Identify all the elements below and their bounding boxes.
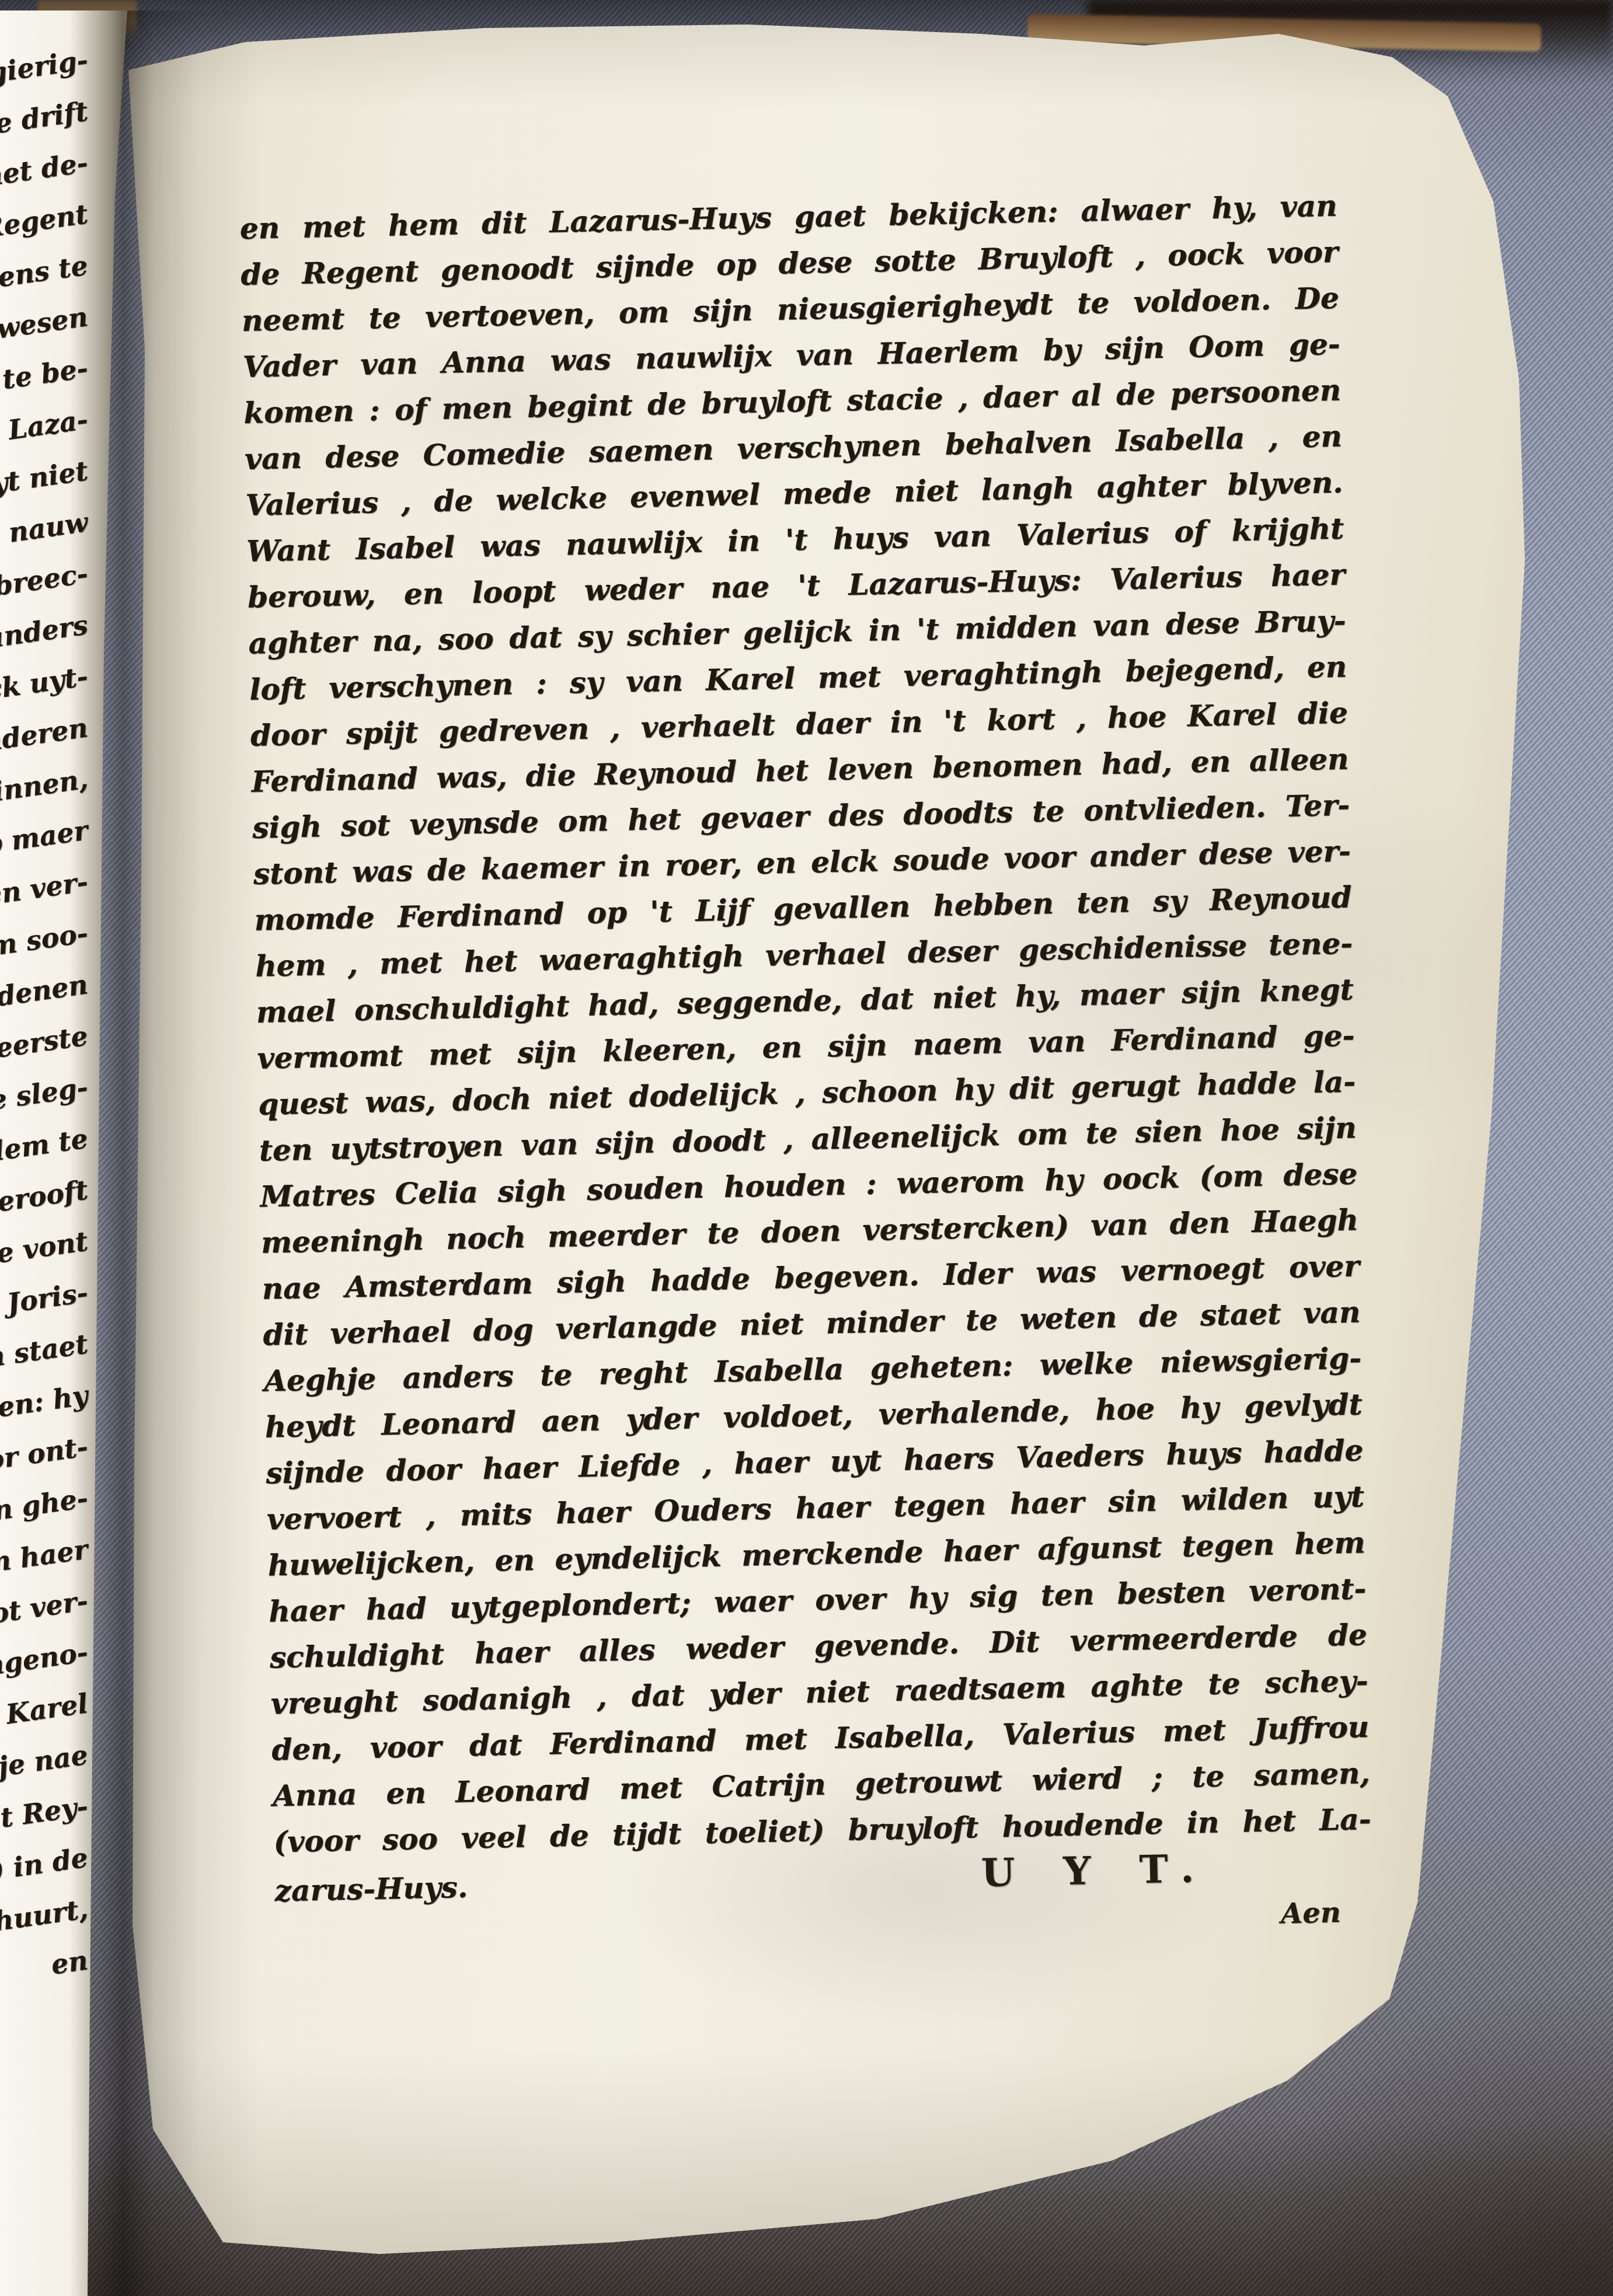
text-line: den, voor dat Ferdinand met Isabella, Va… bbox=[271, 1704, 1370, 1772]
book-board-corner bbox=[37, 0, 137, 41]
left-page-line-fragment: en ver- bbox=[0, 856, 91, 945]
catchword-row: Aen bbox=[275, 1896, 1373, 1951]
left-page-line-fragment: ck uyt- bbox=[0, 650, 91, 739]
fabric-bottom-right-shadow bbox=[1088, 1771, 1613, 2296]
left-page-line-fragment: redenen bbox=[0, 958, 91, 1048]
text-line: momde Ferdinand op 't Lijf gevallen hebb… bbox=[254, 874, 1352, 943]
book-pages-top-edge bbox=[1027, 14, 1542, 52]
book-page: en met hem dit Lazarus-Huys gaet bekijck… bbox=[76, 18, 1535, 2276]
fabric-bottom-shadow bbox=[0, 2121, 1613, 2296]
last-text-line: zarus-Huys. U Y T. bbox=[274, 1842, 1372, 1914]
left-page-line-fragment: e drift bbox=[0, 85, 91, 175]
left-page-line-fragment: Regent bbox=[0, 188, 91, 277]
left-page-line-fragment: eens te bbox=[0, 239, 91, 329]
left-page-line-fragment: rbreec- bbox=[0, 547, 91, 637]
left-page-line-fragment: sy Karel bbox=[0, 1677, 91, 1767]
text-line: Anna en Leonard met Catrijn getrouwt wie… bbox=[272, 1750, 1370, 1819]
text-line: haer had uytgeplondert; waer over hy sig… bbox=[269, 1565, 1367, 1634]
text-line: loft verschynen : sy van Karel met verag… bbox=[249, 643, 1347, 712]
catchword: Aen bbox=[1280, 1896, 1341, 1930]
text-line: sijnde door haer Liefde , haer uyt haers… bbox=[266, 1427, 1364, 1496]
text-line: aghter na, soo dat sy schier gelijck in … bbox=[248, 597, 1346, 666]
text-line: Vader van Anna was nauwlijx van Haerlem … bbox=[242, 321, 1340, 390]
text-line: mael onschuldight had, seggende, dat nie… bbox=[256, 966, 1354, 1035]
photo-of-book-page: { "colors": { "fabric_blue_gray": "#8d94… bbox=[0, 0, 1613, 2296]
left-page-line-fragment: met de- bbox=[0, 137, 91, 226]
left-page-line-fragment: tot ver- bbox=[0, 1575, 91, 1664]
finis-word: U Y T. bbox=[981, 1845, 1212, 1896]
text-line: en met hem dit Lazarus-Huys gaet bekijck… bbox=[239, 183, 1337, 252]
text-line: Matres Celia sigh souden houden : waerom… bbox=[260, 1150, 1358, 1219]
text-line: ten uytstroyen van sijn doodt , alleenel… bbox=[259, 1104, 1357, 1173]
text-line: vermomt met sijn kleeren, en sijn naem v… bbox=[257, 1012, 1355, 1081]
text-line: heydt Leonard aen yder voldoet, verhalen… bbox=[264, 1381, 1363, 1450]
gutter-crease-shadow bbox=[69, 11, 262, 2296]
previous-page-sliver: gierig-e driftmet de-Regenteens tewesene… bbox=[0, 11, 137, 2296]
previous-page-text-fragments: gierig-e driftmet de-Regenteens tewesene… bbox=[0, 34, 88, 1986]
text-line: Valerius , de welcke evenwel mede niet l… bbox=[245, 459, 1343, 528]
left-page-line-fragment: om haer bbox=[0, 1523, 91, 1613]
text-line: neemt te vertoeven, om sijn nieusgierigh… bbox=[241, 275, 1339, 344]
text-line: huwelijcken, en eyndelijck merckende hae… bbox=[267, 1519, 1365, 1588]
left-page-line-fragment: eten: hy bbox=[0, 1369, 91, 1458]
left-page-line-fragment: l te sleg- bbox=[0, 1061, 91, 1150]
left-page-line-fragment: kanders bbox=[0, 599, 91, 688]
text-line: Ferdinand was, die Reynoud het leven ben… bbox=[251, 735, 1349, 804]
left-page-line-fragment: erlem te bbox=[0, 1112, 91, 1202]
left-page-line-fragment: hem soo- bbox=[0, 907, 91, 996]
left-page-line-fragment: rd huurt, bbox=[0, 1883, 91, 1972]
left-page-line-fragment: en staet bbox=[0, 1318, 91, 1407]
left-page-line-fragment: t Joris- bbox=[0, 1266, 91, 1356]
left-page-line-fragment: en bbox=[0, 1934, 91, 2023]
main-text-block: en met hem dit Lazarus-Huys gaet bekijck… bbox=[239, 183, 1373, 1952]
left-page-line-fragment: eyt niet bbox=[0, 445, 91, 534]
text-line: dit verhael dog verlangde niet minder te… bbox=[263, 1289, 1361, 1358]
text-line: vreught sodanigh , dat yder niet raedtsa… bbox=[270, 1658, 1368, 1726]
text-line: (voor soo veel de tijdt toeliet) bruylof… bbox=[273, 1796, 1371, 1865]
text-line: quest was, doch niet dodelijck , schoon … bbox=[257, 1058, 1356, 1127]
left-page-line-fragment: een ghe- bbox=[0, 1472, 91, 1561]
text-line: hem , met het waeraghtigh verhael deser … bbox=[255, 920, 1353, 989]
text-line: berouw, en loopt weder nae 't Lazarus-Hu… bbox=[247, 551, 1345, 620]
left-page-line-fragment: dit eerste bbox=[0, 1010, 91, 1099]
left-page-line-fragment: wesen bbox=[0, 291, 91, 380]
text-line: sigh sot veynsde om het gevaer des doodt… bbox=[252, 781, 1350, 850]
left-page-line-fragment: Laza- bbox=[0, 393, 91, 483]
text-line: schuldight haer alles weder gevende. Dit… bbox=[269, 1611, 1367, 1680]
left-page-line-fragment: ninnen, bbox=[0, 753, 91, 842]
paper-stains bbox=[76, 18, 1535, 2276]
left-page-line-fragment: ad ) in de bbox=[0, 1831, 91, 1921]
left-page-line-fragment: berooft bbox=[0, 1164, 91, 1253]
text-line: van dese Comedie saemen verschynen behal… bbox=[244, 413, 1342, 482]
left-page-line-fragment: engeno- bbox=[0, 1626, 91, 1715]
left-page-line-fragment: e te be- bbox=[0, 342, 91, 431]
left-page-line-fragment: ese vont bbox=[0, 1215, 91, 1304]
left-page-line-fragment: nauw bbox=[0, 496, 91, 585]
text-line: Aeghje anders te reght Isabella geheten:… bbox=[263, 1335, 1361, 1404]
text-line: de Regent genoodt sijnde op dese sotte B… bbox=[241, 229, 1339, 298]
last-line-left-word: zarus-Huys. bbox=[274, 1864, 468, 1914]
dark-book-spine-shadow bbox=[1088, 0, 1613, 70]
left-page-line-fragment: gierig- bbox=[0, 34, 91, 123]
text-line: vervoert , mits haer Ouders haer tegen h… bbox=[266, 1473, 1364, 1542]
text-line: komen : of men begint de bruyloft stacie… bbox=[243, 367, 1342, 436]
left-page-line-fragment: op maer bbox=[0, 804, 91, 894]
text-line: door spijt gedreven , verhaelt daer in '… bbox=[250, 689, 1348, 758]
text-line: meeningh noch meerder te doen verstercke… bbox=[260, 1196, 1358, 1265]
left-page-line-fragment: dat Rey- bbox=[0, 1780, 91, 1869]
fabric-top-shadow bbox=[0, 0, 1613, 88]
left-page-line-fragment: eetje nae bbox=[0, 1729, 91, 1818]
text-line: stont was de kaemer in roer, en elck sou… bbox=[253, 828, 1351, 896]
left-page-line-fragment: anderen bbox=[0, 702, 91, 791]
left-page-line-fragment: or ont- bbox=[0, 1421, 91, 1510]
text-line: nae Amsterdam sigh hadde begeven. Ider w… bbox=[262, 1243, 1360, 1311]
text-line: Want Isabel was nauwlijx in 't huys van … bbox=[246, 505, 1344, 574]
main-text-lines: en met hem dit Lazarus-Huys gaet bekijck… bbox=[239, 183, 1371, 1865]
